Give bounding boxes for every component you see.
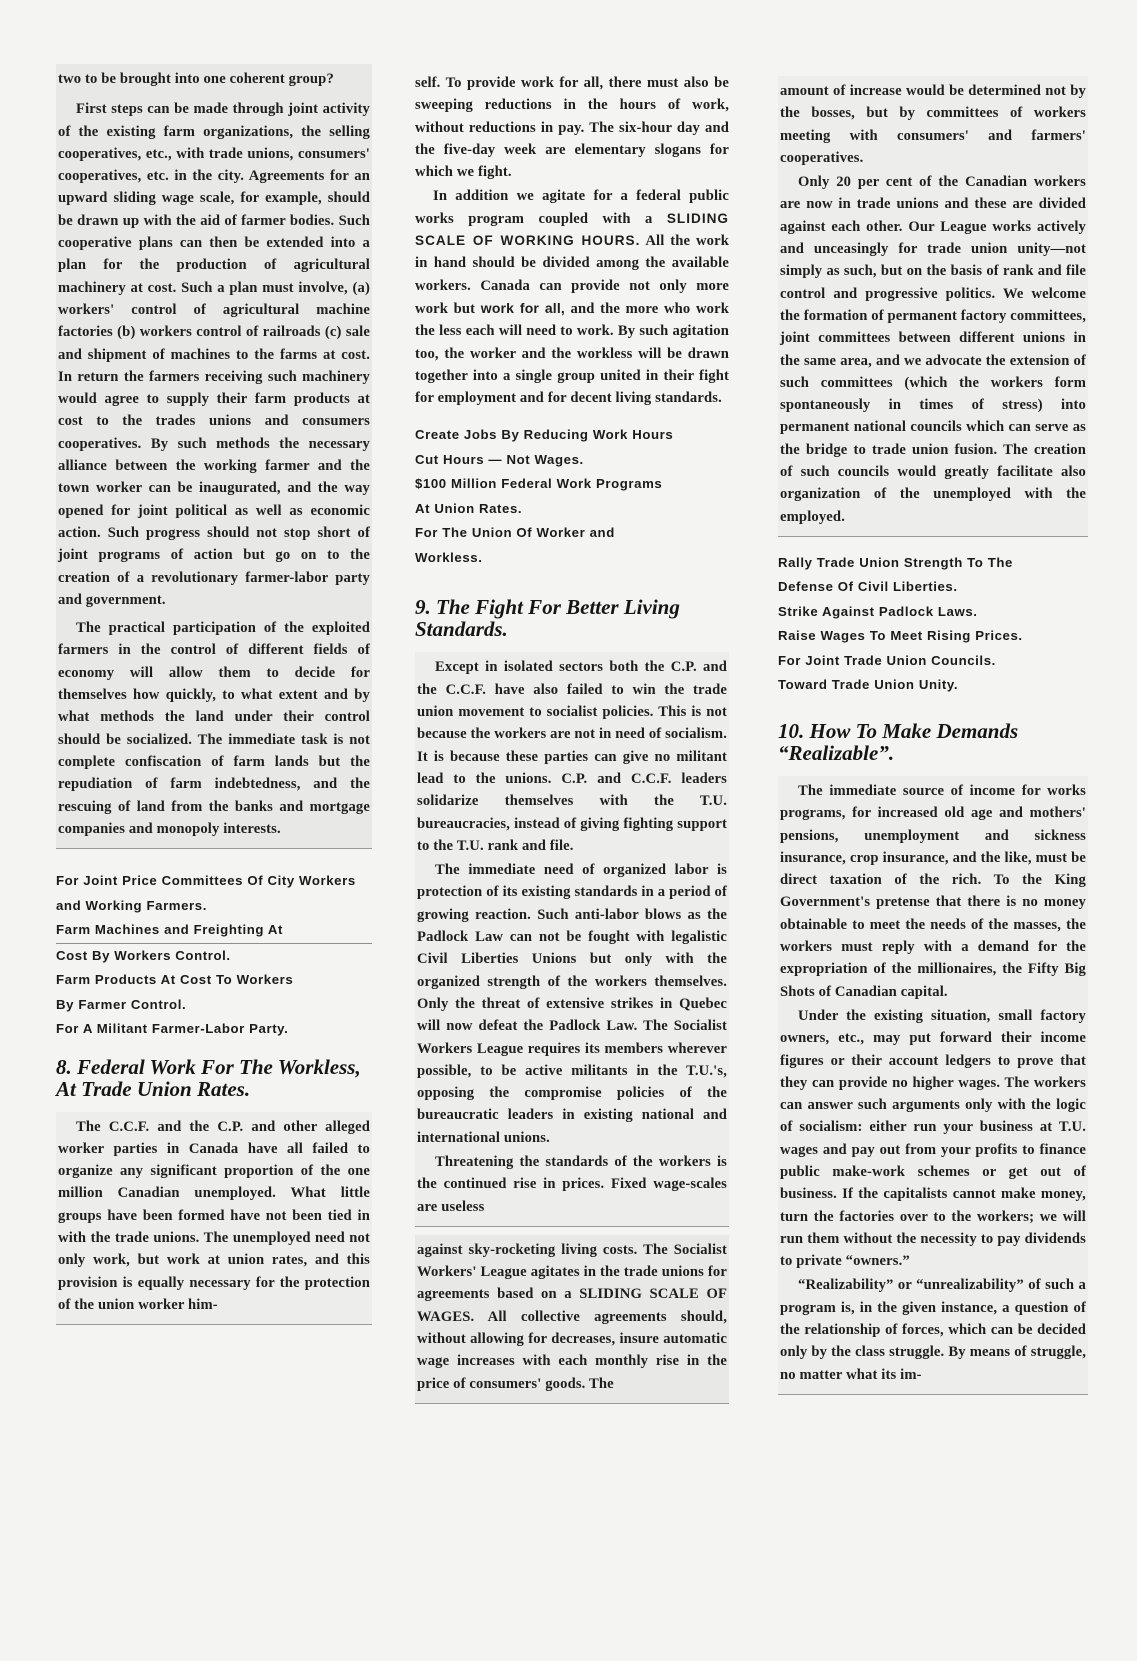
paragraph: Only 20 per cent of the Canadian workers… [780,171,1086,528]
slogan: For The Union Of Worker and [415,521,729,546]
column-right: amount of increase would be determined n… [778,76,1088,1395]
paragraph: self. To provide work for all, there mus… [415,72,729,183]
slogan: Cut Hours — Not Wages. [415,448,729,473]
slogan: Create Jobs By Reducing Work Hours [415,423,729,448]
column-left: two to be brought into one coherent grou… [56,64,372,1325]
paragraph: In addition we agitate for a federal pub… [415,185,729,409]
slogan-list-unions: Rally Trade Union Strength To The Defens… [778,551,1088,698]
right-panel-bottom: The immediate source of income for works… [778,776,1088,1395]
column-middle: self. To provide work for all, there mus… [415,72,729,1404]
paragraph: The immediate source of income for works… [780,780,1086,1003]
section-heading-8: 8. Federal Work For The Workless, At Tra… [56,1056,372,1100]
slogan: Workless. [415,546,729,571]
section-heading-10: 10. How To Make Demands “Realizable”. [778,720,1088,764]
slogan-list-work: Create Jobs By Reducing Work Hours Cut H… [415,423,729,570]
paragraph: The immediate need of organized labor is… [417,859,727,1149]
slogan: $100 Million Federal Work Programs [415,472,729,497]
slogan: For Joint Price Committees Of City Worke… [56,869,372,918]
paragraph: First steps can be made through joint ac… [58,98,370,611]
slogan: Raise Wages To Meet Rising Prices. [778,624,1088,649]
paragraph: amount of increase would be determined n… [780,80,1086,169]
paragraph: Threatening the standards of the workers… [417,1151,727,1218]
slogan: Rally Trade Union Strength To The [778,551,1088,576]
left-panel-bottom: The C.C.F. and the C.P. and other allege… [56,1112,372,1326]
slogan: By Farmer Control. [56,993,372,1018]
slogan: Strike Against Padlock Laws. [778,600,1088,625]
middle-panel: Except in isolated sectors both the C.P.… [415,652,729,1226]
paragraph: against sky-rocketing living costs. The … [417,1239,727,1395]
paragraph: two to be brought into one coherent grou… [58,68,370,90]
emphasis-work-for-all: work for all, [481,300,565,316]
section-heading-9: 9. The Fight For Better Living Standards… [415,596,729,640]
slogan: Farm Products At Cost To Workers [56,968,372,993]
paragraph: Under the existing situation, small fact… [780,1005,1086,1273]
slogan: At Union Rates. [415,497,729,522]
paragraph: The C.C.F. and the C.P. and other allege… [58,1116,370,1317]
slogan: For Joint Trade Union Councils. [778,649,1088,674]
slogan: Cost By Workers Control. [56,944,372,969]
left-panel-top: two to be brought into one coherent grou… [56,64,372,849]
slogan: For A Militant Farmer-Labor Party. [56,1017,372,1042]
paragraph: Except in isolated sectors both the C.P.… [417,656,727,857]
slogan: Farm Machines and Freighting At [56,918,372,943]
slogan: Toward Trade Union Unity. [778,673,1088,698]
right-panel-top: amount of increase would be determined n… [778,76,1088,537]
slogan-list-farm: For Joint Price Committees Of City Worke… [56,869,372,1042]
paragraph: “Realizability” or “unrealizability” of … [780,1274,1086,1385]
middle-panel-bottom: against sky-rocketing living costs. The … [415,1235,729,1404]
slogan: Defense Of Civil Liberties. [778,575,1088,600]
paragraph: The practical participation of the explo… [58,617,370,840]
